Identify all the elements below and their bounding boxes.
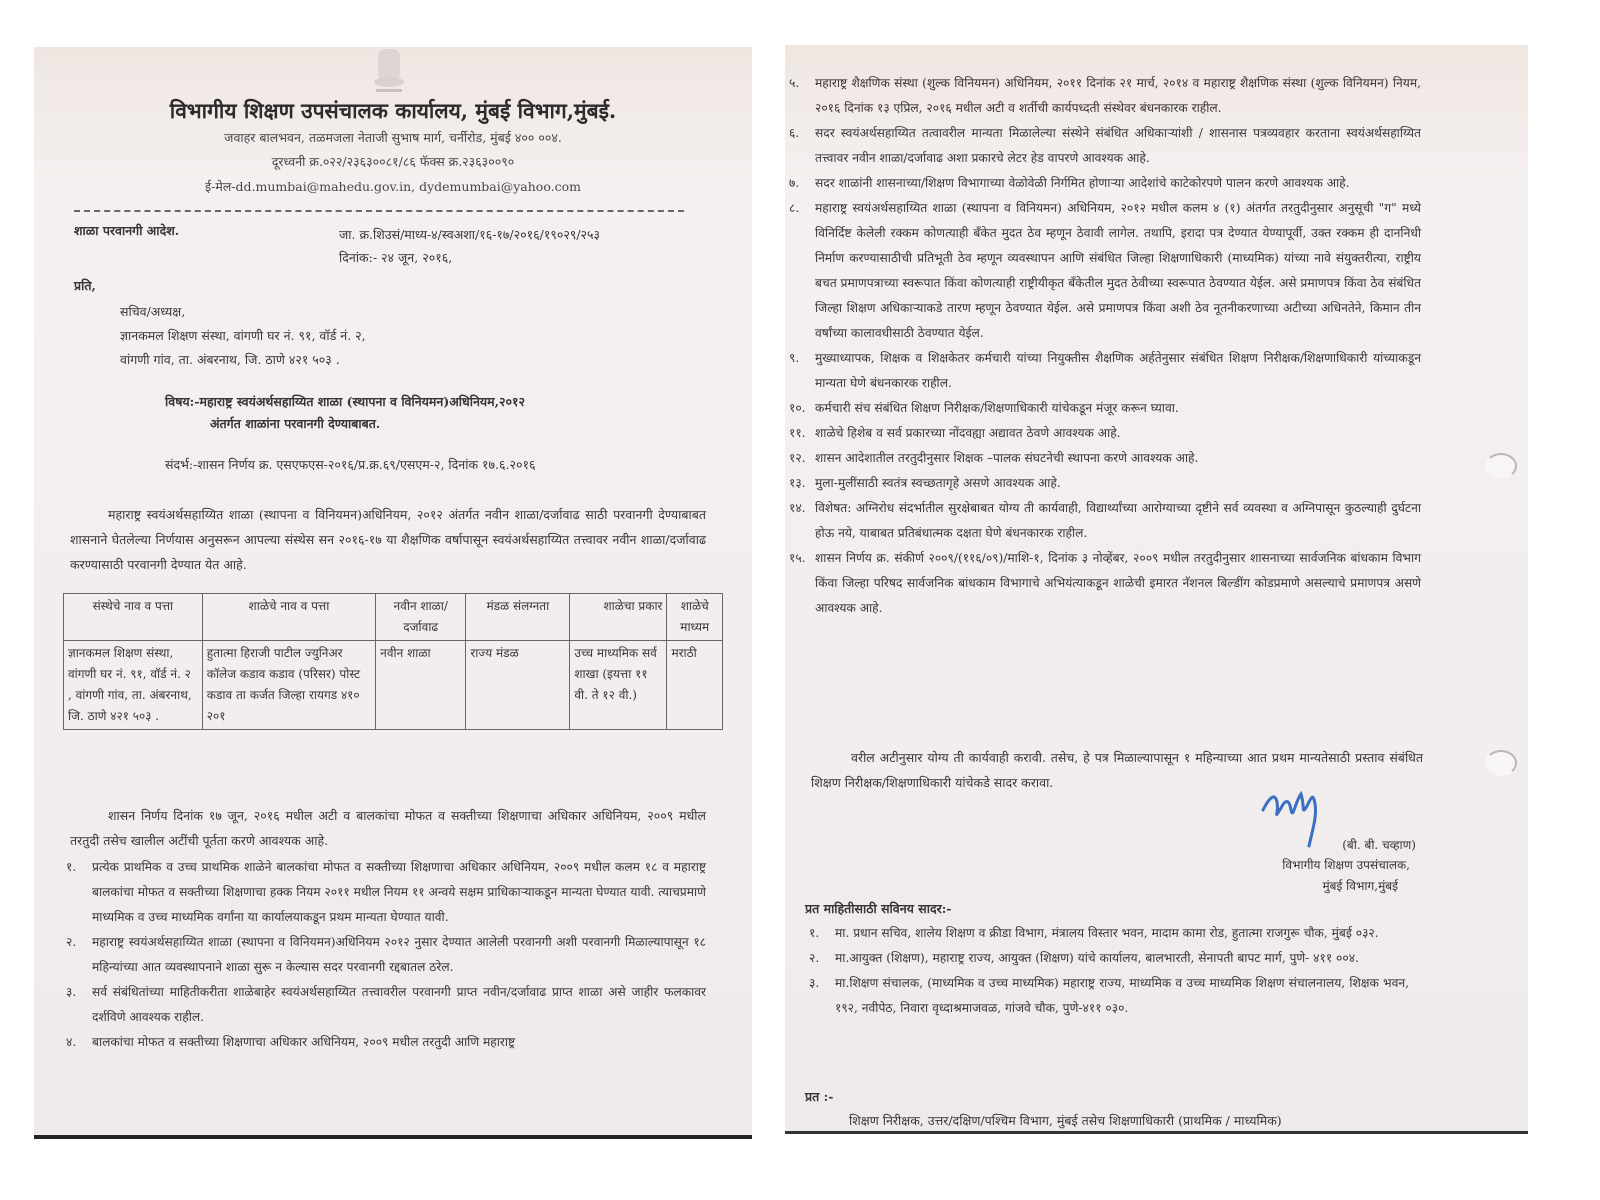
- condition-item: १.प्रत्येक प्राथमिक व उच्च प्राथमिक शाळे…: [66, 855, 706, 930]
- condition-item: ८.महाराष्ट्र स्वयंअर्थसहाय्यित शाळा (स्थ…: [789, 196, 1421, 346]
- letter-page-2: ५.महाराष्ट्र शैक्षणिक संस्था (शुल्क विनि…: [785, 45, 1528, 1134]
- punch-hole-icon: [1485, 750, 1517, 776]
- letter-page-1: विभागीय शिक्षण उपसंचालक कार्यालय, मुंबई …: [34, 47, 752, 1139]
- table-cell: हुतात्मा हिराजी पाटील ज्युनिअर कॉलेज कडा…: [202, 641, 375, 730]
- office-phone: दूरध्वनी क्र.०२२/२३६३००८१/८६ फॅक्स क्र.२…: [34, 153, 752, 170]
- conditions-list-page-2: ५.महाराष्ट्र शैक्षणिक संस्था (शुल्क विनि…: [789, 71, 1421, 621]
- table-cell: ज्ञानकमल शिक्षण संस्था, वांगणी घर नं. ९१…: [64, 641, 203, 730]
- table-header: संस्थेचे नाव व पत्ता: [64, 594, 203, 641]
- condition-item: १२.शासन आदेशातील तरतुदीनुसार शिक्षक –पाल…: [789, 446, 1421, 471]
- conditions-intro: शासन निर्णय दिनांक १७ जून, २०१६ मधील अटी…: [70, 803, 706, 853]
- table-cell: नवीन शाळा: [376, 641, 466, 730]
- copy-info-item: १.मा. प्रधान सचिव, शालेय शिक्षण व क्रीडा…: [809, 921, 1409, 946]
- condition-item: २.महाराष्ट्र स्वयंअर्थसहाय्यित शाळा (स्थ…: [66, 930, 706, 980]
- recipient-line-1: सचिव/अध्यक्ष,: [120, 304, 185, 319]
- condition-item: ११.शाळेचे हिशेब व सर्व प्रकारच्या नोंदवह…: [789, 421, 1421, 446]
- condition-item: ९.मुख्याध्यापक, शिक्षक व शिक्षकेतर कर्मच…: [789, 346, 1421, 396]
- table-header: मंडळ संलग्नता: [466, 594, 570, 641]
- signatory-division: मुंबई विभाग,मुंबई: [1322, 876, 1398, 896]
- table-cell: मराठी: [667, 641, 723, 730]
- state-emblem-icon: [366, 47, 412, 95]
- order-ref-no: जा. क्र.शिउसं/माध्य-४/स्वअशा/१६-१७/२०१६/…: [339, 227, 600, 242]
- copy-info-item: ३.मा.शिक्षण संचालक, (माध्यमिक व उच्च माध…: [809, 971, 1409, 1021]
- condition-item: ५.महाराष्ट्र शैक्षणिक संस्था (शुल्क विनि…: [789, 71, 1421, 121]
- reference: संदर्भ:-शासन निर्णय क्र. एसएफएस-२०१६/प्र…: [165, 457, 535, 472]
- signatory-name: (बी. बी. चव्हाण): [1342, 835, 1416, 855]
- office-email: ई-मेल-dd.mumbai@mahedu.gov.in, dydemumba…: [34, 178, 752, 195]
- subject-line-2: अंतर्गत शाळांना परवानगी देण्याबाबत.: [210, 416, 380, 431]
- subject-line-1: विषय:-महाराष्ट्र स्वयंअर्थसहाय्यित शाळा …: [165, 394, 525, 409]
- office-title: विभागीय शिक्षण उपसंचालक कार्यालय, मुंबई …: [34, 97, 752, 125]
- table-header: शाळेचे माध्यम: [667, 594, 723, 641]
- condition-item: ६.सदर स्वयंअर्थसहाय्यित तत्वावरील मान्यत…: [789, 121, 1421, 171]
- table-header: शाळेचा प्रकार: [570, 594, 667, 641]
- condition-item: ३.सर्व संबंधितांच्या माहितीकरीता शाळेबाह…: [66, 980, 706, 1030]
- table-row: ज्ञानकमल शिक्षण संस्था, वांगणी घर नं. ९१…: [64, 641, 723, 730]
- copy-info-heading: प्रत माहितीसाठी सविनय सादर:-: [805, 901, 952, 916]
- condition-item: १३.मुला-मुलींसाठी स्वतंत्र स्वच्छतागृहे …: [789, 471, 1421, 496]
- copy-line-1: शिक्षण निरीक्षक, उत्तर/दक्षिण/पश्चिम विभ…: [849, 1113, 1282, 1128]
- table-header-row: संस्थेचे नाव व पत्ता शाळेचे नाव व पत्ता …: [64, 594, 723, 641]
- recipient-prati: प्रति,: [74, 278, 96, 293]
- condition-item: ७.सदर शाळांनी शासनाच्या/शिक्षण विभागाच्य…: [789, 171, 1421, 196]
- copy-heading: प्रत :-: [805, 1089, 833, 1104]
- header-divider: [74, 210, 684, 212]
- punch-hole-icon: [1485, 453, 1517, 479]
- table-cell: राज्य मंडळ: [466, 641, 570, 730]
- recipient-line-2: ज्ञानकमल शिक्षण संस्था, वांगणी घर नं. ९१…: [120, 328, 366, 343]
- signatory-designation: विभागीय शिक्षण उपसंचालक,: [1282, 855, 1410, 875]
- intro-paragraph: महाराष्ट्र स्वयंअर्थसहाय्यित शाळा (स्थाप…: [70, 502, 706, 577]
- order-title: शाळा परवानगी आदेश.: [74, 223, 179, 238]
- signature-icon: [1255, 780, 1345, 850]
- handwritten-signature: [1255, 780, 1345, 850]
- school-permission-table: संस्थेचे नाव व पत्ता शाळेचे नाव व पत्ता …: [63, 593, 723, 730]
- conditions-list-page-1: १.प्रत्येक प्राथमिक व उच्च प्राथमिक शाळे…: [66, 855, 706, 1055]
- condition-item: १०.कर्मचारी संच संबंधित शिक्षण निरीक्षक/…: [789, 396, 1421, 421]
- table-cell: उच्च माध्यमिक सर्व शाखा (इयत्ता ११ वी. त…: [570, 641, 667, 730]
- condition-item: १४.विशेषत: अग्निरोध संदर्भातील सुरक्षेबा…: [789, 496, 1421, 546]
- office-address: जवाहर बालभवन, तळमजला नेताजी सुभाष मार्ग,…: [34, 129, 752, 146]
- condition-item: ४.बालकांचा मोफत व सक्तीच्या शिक्षणाचा अध…: [66, 1030, 706, 1055]
- table-header: शाळेचे नाव व पत्ता: [202, 594, 375, 641]
- recipient-line-3: वांगणी गांव, ता. अंबरनाथ, जि. ठाणे ४२१ ५…: [120, 352, 340, 367]
- copy-info-item: २.मा.आयुक्त (शिक्षण), महाराष्ट्र राज्य, …: [809, 946, 1409, 971]
- copy-info-list: १.मा. प्रधान सचिव, शालेय शिक्षण व क्रीडा…: [809, 921, 1409, 1021]
- table-header: नवीन शाळा/ दर्जावाढ: [376, 594, 466, 641]
- order-date: दिनांक:- २४ जून, २०१६,: [339, 250, 452, 265]
- condition-item: १५.शासन निर्णय क्र. संकीर्ण २००९/(११६/०९…: [789, 546, 1421, 621]
